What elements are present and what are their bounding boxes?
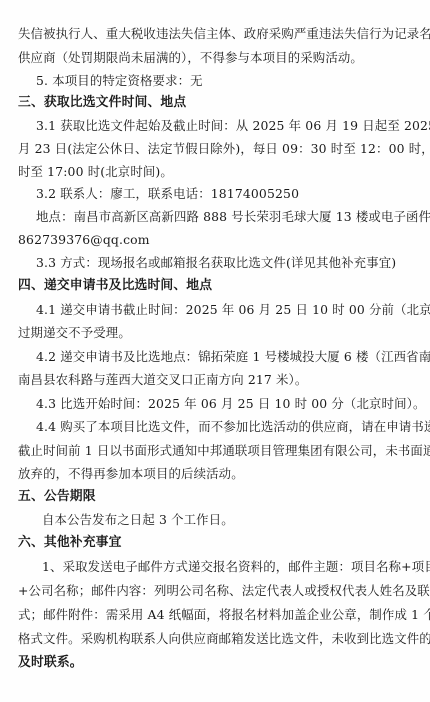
paragraph-line: 4.1 递交申请书截止时间：2025 年 06 月 25 日 10 时 00 分…	[36, 302, 430, 318]
paragraph-line: 放弃的，不得再参加本项目的后续活动。	[18, 466, 244, 482]
paragraph-line: 4.3 比选开始时间：2025 年 06 月 25 日 10 时 00 分（北京…	[36, 396, 426, 412]
paragraph-line: 过期递交不予受理。	[18, 325, 131, 341]
section-heading: 三、获取比选文件时间、地点	[18, 95, 186, 111]
paragraph-line: 格式文件。采购机构联系人向供应商邮箱发送比选文件，未收到比选文件的，请	[18, 631, 430, 647]
paragraph-line: 失信被执行人、重大税收违法失信主体、政府采购严重违法失信行为记录名单的	[18, 26, 430, 42]
paragraph-line: 4.2 递交申请书及比选地点：锦拓荣庭 1 号楼城投大厦 6 楼（江西省南昌市	[36, 349, 430, 365]
paragraph-line: 1、采取发送电子邮件方式递交报名资料的，邮件主题：项目名称+项目编号	[42, 559, 430, 575]
paragraph-line: 自本公告发布之日起 3 个工作日。	[42, 512, 234, 528]
paragraph-line: 月 23 日(法定公休日、法定节假日除外)，每日 09：30 时至 12：00 …	[18, 141, 430, 157]
paragraph-line: 3.1 获取比选文件起始及截止时间：从 2025 年 06 月 19 日起至 2…	[36, 118, 430, 134]
section-heading: 六、其他补充事宜	[18, 535, 122, 551]
paragraph-line: +公司名称；邮件内容：列明公司名称、法定代表人或授权代表人姓名及联系方	[18, 583, 430, 599]
document-page: 失信被执行人、重大税收违法失信主体、政府采购严重违法失信行为记录名单的供应商（处…	[0, 0, 430, 702]
paragraph-line: 5. 本项目的特定资格要求：无	[36, 73, 203, 89]
paragraph-line: 截止时间前 1 日以书面形式通知中邦通联项目管理集团有限公司，未书面通知而	[18, 443, 430, 459]
section-heading: 五、公告期限	[18, 489, 96, 505]
paragraph-line: 862739376@qq.com	[18, 232, 150, 248]
paragraph-line: 时至 17:00 时(北京时间)。	[18, 164, 173, 180]
section-heading: 四、递交申请书及比选时间、地点	[18, 278, 212, 294]
paragraph-line: 4.4 购买了本项目比选文件，而不参加比选活动的供应商，请在申请书递交	[36, 419, 430, 435]
section-heading: 及时联系。	[18, 655, 83, 671]
paragraph-line: 地点：南昌市高新区高新四路 888 号长荣羽毛球大厦 13 楼或电子函件：	[36, 209, 430, 225]
paragraph-line: 南昌县农科路与莲西大道交叉口正南方向 217 米）。	[18, 372, 307, 388]
paragraph-line: 式；邮件附件：需采用 A4 纸幅面，将报名材料加盖企业公章，制作成 1 个 PD…	[18, 607, 430, 623]
paragraph-line: 3.2 联系人：廖工，联系电话：18174005250	[36, 186, 299, 202]
paragraph-line: 3.3 方式：现场报名或邮箱报名获取比选文件(详见其他补充事宜)	[36, 255, 396, 271]
paragraph-line: 供应商（处罚期限尚未届满的），不得参与本项目的采购活动。	[18, 50, 363, 66]
